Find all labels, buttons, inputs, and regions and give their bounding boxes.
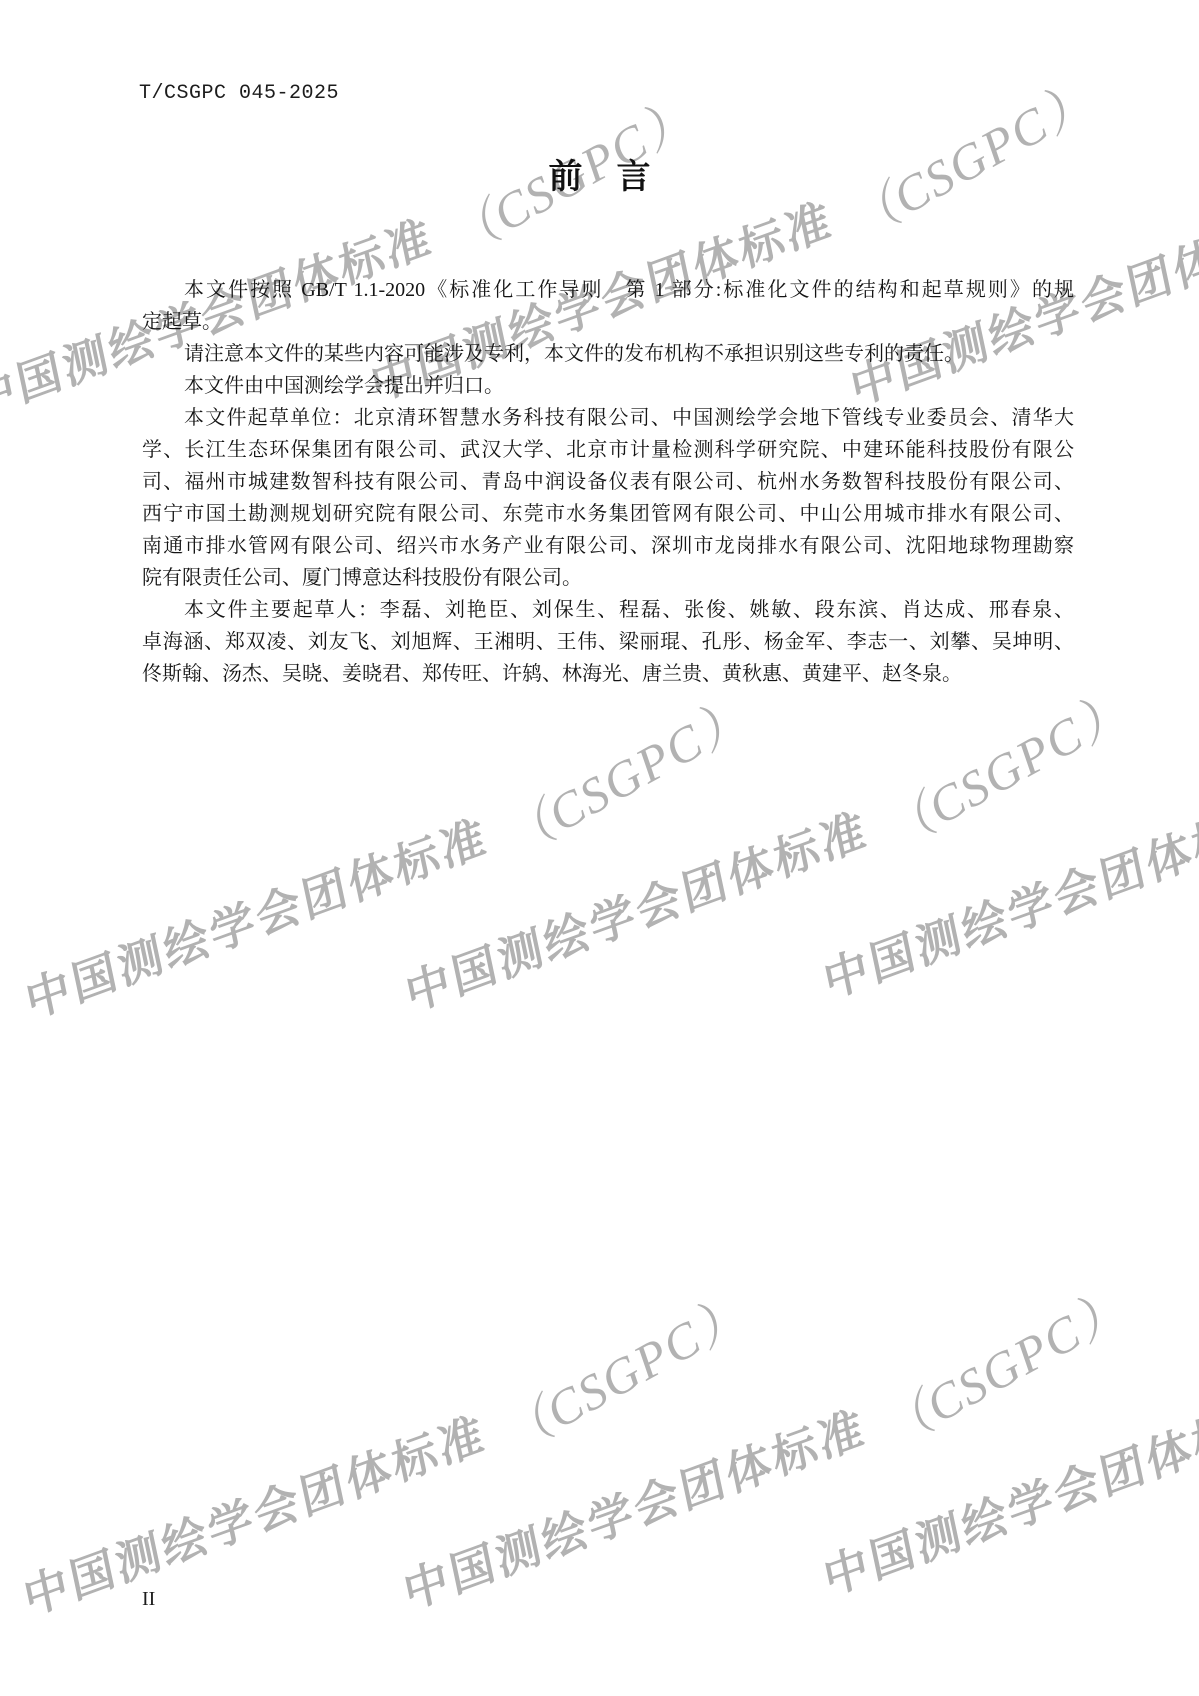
foreword-body: 本文件按照 GB/T 1.1-2020《标准化工作导则 第 1 部分:标准化文件…: [142, 274, 1074, 690]
foreword-paragraph-5-line: 本文件主要起草人：李磊、刘艳臣、刘保生、程磊、张俊、姚敏、段东滨、肖达成、邢春泉…: [142, 594, 1074, 626]
foreword-paragraph-2-line: 请注意本文件的某些内容可能涉及专利，本文件的发布机构不承担识别这些专利的责任。: [142, 338, 1074, 370]
foreword-paragraph-1-line: 本文件按照 GB/T 1.1-2020《标准化工作导则 第 1 部分:标准化文件…: [142, 274, 1074, 306]
content-layer: T/CSGPC 045-2025 前 言 本文件按照 GB/T 1.1-2020…: [0, 0, 1199, 1696]
page-title: 前 言: [0, 156, 1199, 198]
foreword-paragraph-4-line: 学、长江生态环保集团有限公司、武汉大学、北京市计量检测科学研究院、中建环能科技股…: [142, 434, 1074, 466]
foreword-paragraph-4-line: 南通市排水管网有限公司、绍兴市水务产业有限公司、深圳市龙岗排水有限公司、沈阳地球…: [142, 530, 1074, 562]
foreword-paragraph-3-line: 本文件由中国测绘学会提出并归口。: [142, 370, 1074, 402]
doc-number: T/CSGPC 045-2025: [139, 82, 339, 105]
document-page: 中国测绘学会团体标准（CSGPC）中国测绘学会团体标准（CSGPC）中国测绘学会…: [0, 0, 1199, 1696]
foreword-paragraph-5-line: 佟斯翰、汤杰、吴晓、姜晓君、郑传旺、许鸫、林海光、唐兰贵、黄秋惠、黄建平、赵冬泉…: [142, 658, 1074, 690]
foreword-paragraph-1-line: 定起草。: [142, 306, 1074, 338]
foreword-paragraph-4-line: 司、福州市城建数智科技有限公司、青岛中润设备仪表有限公司、杭州水务数智科技股份有…: [142, 466, 1074, 498]
page-number: II: [142, 1588, 155, 1611]
foreword-paragraph-4-line: 西宁市国土勘测规划研究院有限公司、东莞市水务集团管网有限公司、中山公用城市排水有…: [142, 498, 1074, 530]
foreword-paragraph-4-line: 院有限责任公司、厦门博意达科技股份有限公司。: [142, 562, 1074, 594]
foreword-paragraph-4-line: 本文件起草单位：北京清环智慧水务科技有限公司、中国测绘学会地下管线专业委员会、清…: [142, 402, 1074, 434]
foreword-paragraph-5-line: 卓海涵、郑双凌、刘友飞、刘旭辉、王湘明、王伟、梁丽琨、孔彤、杨金军、李志一、刘攀…: [142, 626, 1074, 658]
